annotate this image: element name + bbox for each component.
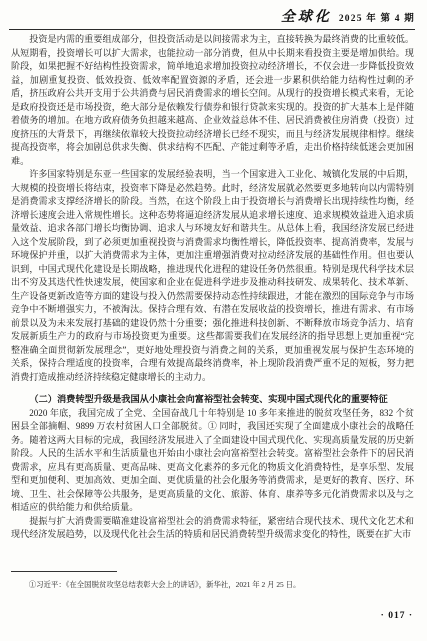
footnote: ①习近平：《在全国脱贫攻坚总结表彰大会上的讲话》，新华社，2021 年 2 月 …: [11, 580, 414, 590]
section-heading: （二）消费转型升级是我国从小康社会向富裕型社会转变、实现中国式现代化的重要特征: [11, 393, 414, 407]
issue-info: 2025 年 第 4 期: [339, 10, 415, 24]
journal-page: 全球化 2025 年 第 4 期 投资是内需的重要组成部分，但投资活动是以间接需…: [0, 0, 427, 641]
footnote-divider: [11, 571, 117, 572]
article-body: 投资是内需的重要组成部分，但投资活动是以间接需求为主，直接转换为最终消费的比重较…: [11, 33, 414, 542]
paragraph-poverty-alleviation: 2020 年底，我国完成了全党、全国奋战几十年特别是 10 多年来推进的脱贫攻坚…: [11, 407, 414, 515]
page-header: 全球化 2025 年 第 4 期: [9, 6, 415, 30]
journal-title: 全球化: [281, 6, 332, 26]
header-line: 全球化 2025 年 第 4 期: [9, 6, 415, 29]
header-divider: [9, 29, 415, 30]
paragraph-east-asia-experience: 许多国家特别是东亚一些国家的发展经验表明，当一个国家进入工业化、城镇化发展的中后…: [11, 168, 414, 384]
paragraph-consumption-expansion: 提振与扩大消费需要瞄准建设富裕型社会的消费需求特征，紧密结合现代技术、现代文化艺…: [11, 515, 414, 542]
page-number: · 017 ·: [381, 611, 413, 621]
footnote-block: ①习近平：《在全国脱贫攻坚总结表彰大会上的讲话》，新华社，2021 年 2 月 …: [11, 571, 414, 590]
paragraph-investment-demand: 投资是内需的重要组成部分，但投资活动是以间接需求为主，直接转换为最终消费的比重较…: [11, 33, 414, 168]
